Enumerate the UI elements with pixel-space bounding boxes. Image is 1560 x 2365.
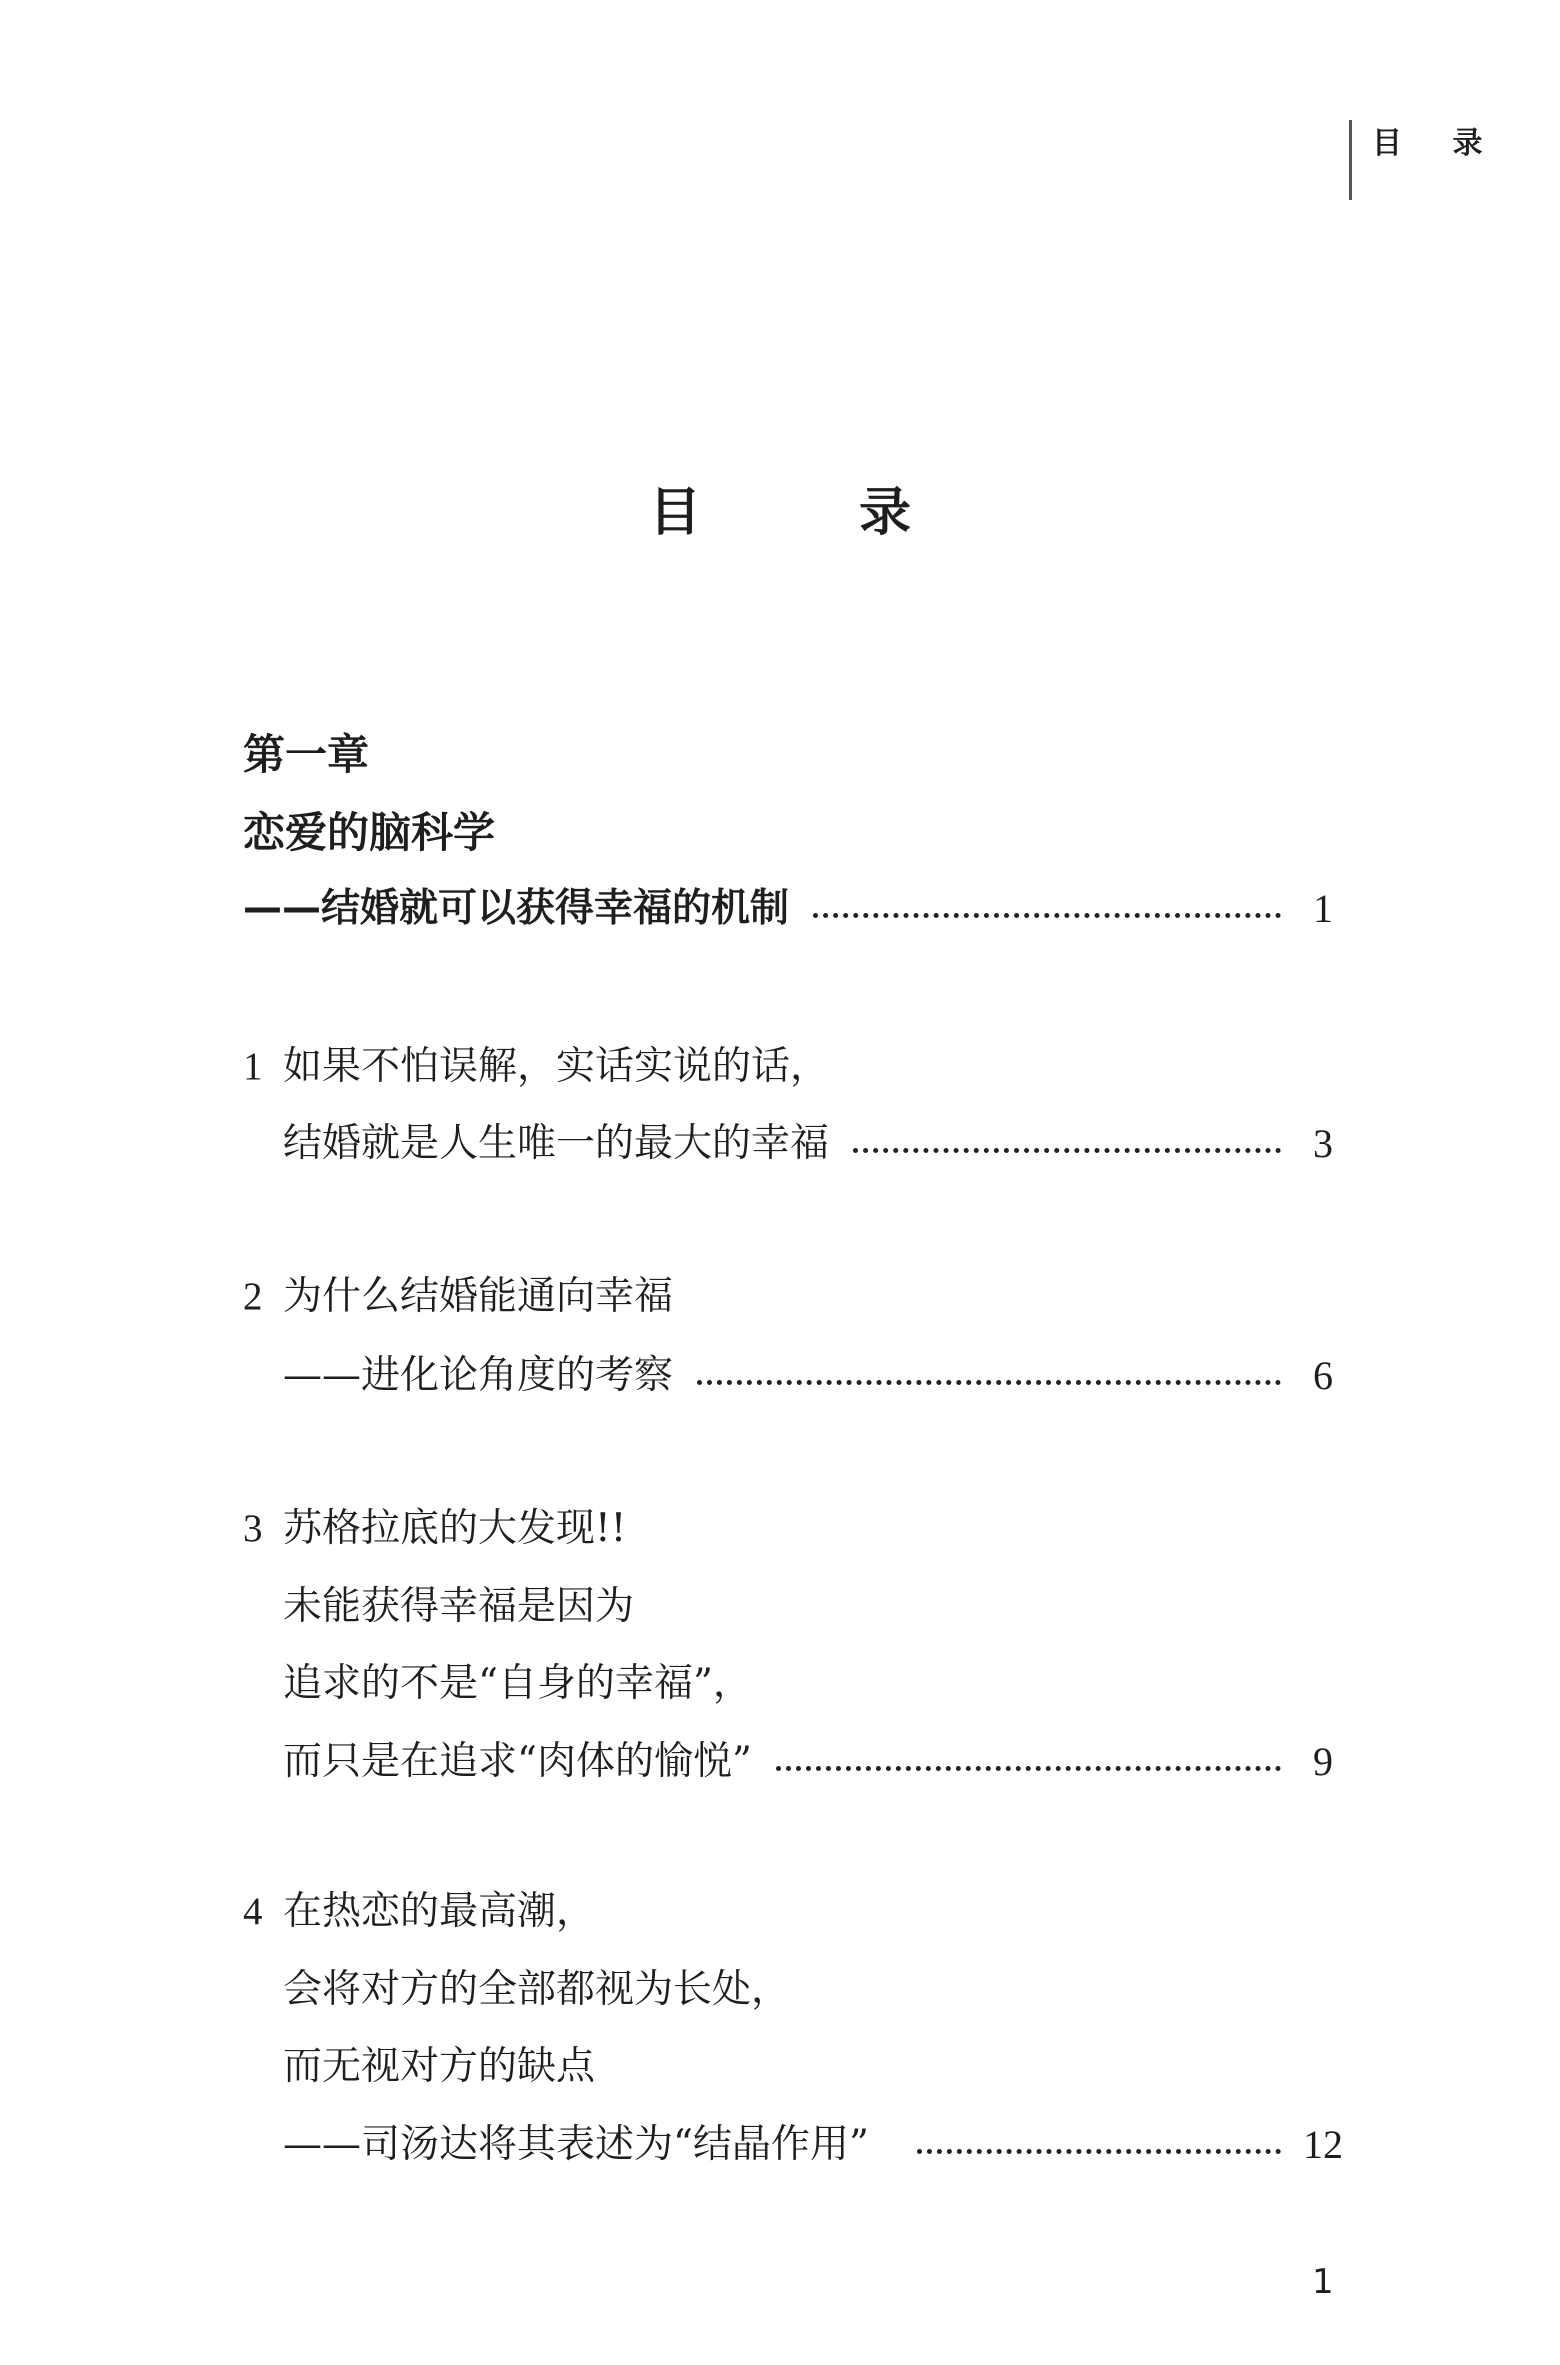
entry-text: 在热恋的最高潮， <box>283 1889 595 1934</box>
dot-leader <box>697 1380 1281 1385</box>
entry-text: 结婚就是人生唯一的最大的幸福 <box>243 1120 829 1168</box>
entry-text: 而只是在追求“肉体的愉悦” <box>243 1738 752 1786</box>
entry-number: 1 <box>243 1043 283 1091</box>
page-ref: 6 <box>1303 1352 1343 1400</box>
toc-entry-2-line-1[interactable]: 2为什么结婚能通向幸福 <box>243 1273 673 1321</box>
toc-entry-3-line-2[interactable]: 未能获得幸福是因为 <box>243 1583 634 1631</box>
toc-entry-1-line-2[interactable]: 结婚就是人生唯一的最大的幸福 3 <box>243 1120 1343 1168</box>
chapter-subtitle: ——结婚就可以获得幸福的机制 <box>243 885 789 933</box>
chapter-label: 第一章 <box>243 722 369 782</box>
toc-entry-chapter-1[interactable]: ——结婚就可以获得幸福的机制 1 <box>243 885 1343 933</box>
page-ref: 12 <box>1303 2121 1343 2169</box>
page-title: 目 录 <box>0 470 1560 545</box>
toc-entry-4-line-3[interactable]: 而无视对方的缺点 <box>243 2043 595 2091</box>
toc-entry-3-line-1[interactable]: 3苏格拉底的大发现!! <box>243 1505 626 1553</box>
dot-leader <box>853 1148 1281 1153</box>
page-ref: 1 <box>1303 885 1343 933</box>
page-number: 1 <box>1312 2262 1334 2302</box>
entry-number: 4 <box>243 1888 283 1936</box>
page-ref: 9 <box>1303 1738 1343 1786</box>
header-rule <box>1349 120 1352 200</box>
toc-entry-1-line-1[interactable]: 1如果不怕误解，实话实说的话， <box>243 1043 829 1091</box>
toc-entry-3-line-4[interactable]: 而只是在追求“肉体的愉悦” 9 <box>243 1738 1343 1786</box>
entry-text: 如果不怕误解，实话实说的话， <box>283 1044 829 1089</box>
toc-entry-4-line-1[interactable]: 4在热恋的最高潮， <box>243 1888 595 1936</box>
toc-entry-4-line-4[interactable]: ——司汤达将其表述为“结晶作用” 12 <box>243 2121 1343 2169</box>
entry-number: 2 <box>243 1273 283 1321</box>
dot-leader <box>917 2149 1281 2154</box>
entry-text: ——进化论角度的考察 <box>243 1352 673 1400</box>
page-ref: 3 <box>1303 1120 1343 1168</box>
entry-text: ——司汤达将其表述为“结晶作用” <box>243 2121 869 2169</box>
dot-leader <box>813 913 1281 918</box>
toc-entry-4-line-2[interactable]: 会将对方的全部都视为长处， <box>243 1966 790 2014</box>
entry-number: 3 <box>243 1505 283 1553</box>
toc-entry-2-line-2[interactable]: ——进化论角度的考察 6 <box>243 1352 1343 1400</box>
chapter-title: 恋爱的脑科学 <box>243 800 495 860</box>
dot-leader <box>776 1766 1281 1771</box>
running-header: 目 录 <box>1372 118 1502 162</box>
toc-entry-3-line-3[interactable]: 追求的不是“自身的幸福”， <box>243 1660 752 1708</box>
entry-text: 苏格拉底的大发现!! <box>283 1506 626 1551</box>
entry-text: 为什么结婚能通向幸福 <box>283 1274 673 1319</box>
